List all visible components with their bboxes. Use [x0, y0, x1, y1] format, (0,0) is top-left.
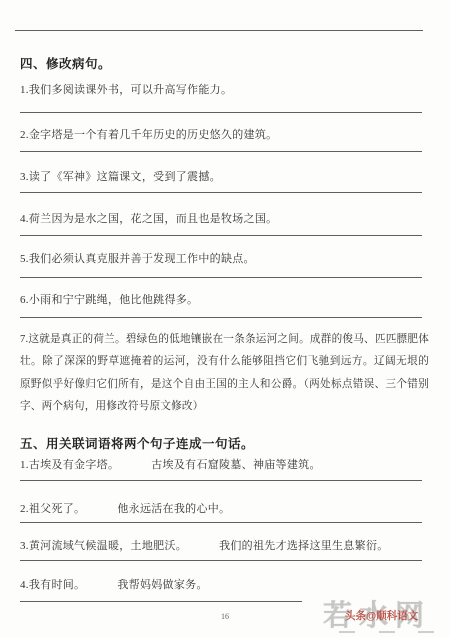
sentence-part-2: 我们的祖先才选择这里生息繁衍。 [219, 540, 389, 552]
answer-line [20, 192, 422, 193]
question-4-7: 7.这就是真正的荷兰。碧绿色的低地镶嵌在一条条运河之间。成群的俊马、匹匹膘肥体壮… [20, 329, 429, 419]
answer-line [20, 235, 422, 236]
sentence-part-2: 他永远活在我的心中。 [117, 503, 230, 515]
section-five-heading: 五、用关联词语将两个句子连成一句话。 [20, 434, 254, 452]
section-four-heading: 四、修改病句。 [20, 54, 111, 72]
watermark-underline [418, 631, 434, 633]
answer-line [20, 480, 422, 481]
answer-line [15, 30, 423, 31]
question-4-2: 2.金字塔是一个有着几千年历史的历史悠久的建筑。 [20, 126, 426, 142]
question-4-5: 5.我们必须认真克服并善于发现工作中的缺点。 [20, 250, 426, 266]
question-4-6: 6.小雨和宁宁跳绳，他比他跳得多。 [20, 291, 426, 307]
answer-line [20, 601, 302, 602]
watermark-underline [339, 631, 355, 633]
question-4-3: 3.读了《军神》这篇课文，受到了震撼。 [20, 168, 426, 184]
worksheet-page: 四、修改病句。 1.我们多阅读课外书，可以升高写作能力。 2.金字塔是一个有着几… [0, 0, 450, 637]
question-4-4: 4.荷兰因为是水之国，花之国，而且也是牧场之国。 [20, 210, 426, 226]
sentence-part-1: 4.我有时间。 [20, 579, 85, 591]
answer-line [20, 522, 422, 523]
question-5-2: 2.祖父死了。他永远活在我的心中。 [20, 500, 426, 516]
answer-line [20, 277, 422, 278]
question-5-1: 1.古埃及有金字塔。古埃及有石窟陵墓、神庙等建筑。 [20, 456, 426, 472]
sentence-part-1: 2.祖父死了。 [20, 503, 85, 515]
question-5-4: 4.我有时间。我帮妈妈做家务。 [20, 576, 426, 592]
answer-line [20, 151, 422, 152]
sentence-part-1: 1.古埃及有金字塔。 [20, 459, 119, 471]
sentence-part-1: 3.黄河流域气候温暖，土地肥沃。 [20, 540, 187, 552]
answer-line [20, 560, 422, 561]
question-4-1: 1.我们多阅读课外书，可以升高写作能力。 [20, 81, 426, 97]
answer-line [20, 112, 422, 113]
watermark-underline [379, 631, 395, 633]
watermark: 若水网 头条@顺科语文 [321, 593, 449, 635]
sentence-part-2: 古埃及有石窟陵墓、神庙等建筑。 [151, 459, 321, 471]
sentence-part-2: 我帮妈妈做家务。 [117, 579, 207, 591]
watermark-overlay-text: 头条@顺科语文 [345, 608, 418, 623]
answer-line [20, 317, 422, 318]
question-5-3: 3.黄河流域气候温暖，土地肥沃。我们的祖先才选择这里生息繁衍。 [20, 537, 426, 553]
